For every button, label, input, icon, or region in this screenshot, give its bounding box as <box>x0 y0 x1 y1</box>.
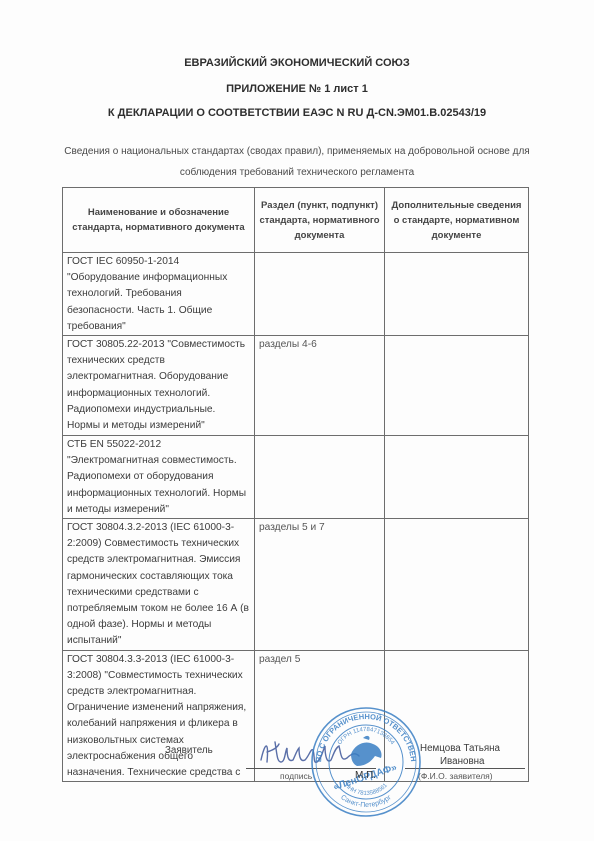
table-row: ГОСТ 30805.22-2013 "Совместимость технич… <box>63 336 529 436</box>
section-cell: разделы 4-6 <box>255 336 385 436</box>
seal-caption: М.П. <box>355 770 376 781</box>
extra-cell <box>385 436 529 519</box>
standard-cell: ГОСТ IEC 60950-1-2014 "Оборудование инфо… <box>63 253 255 336</box>
applicant-name-line1: Немцова Татьяна <box>420 743 500 754</box>
standards-table: Наименование и обозначение стандарта, но… <box>62 187 529 782</box>
standard-cell: ГОСТ 30804.3.3-2013 (IEC 61000-3-3:2008)… <box>63 650 255 782</box>
column-header-section: Раздел (пункт, подпункт) стандарта, норм… <box>255 188 385 253</box>
standard-cell: СТБ EN 55022-2012 "Электромагнитная совм… <box>63 436 255 519</box>
declaration-number: К ДЕКЛАРАЦИИ О СООТВЕТСТВИИ ЕАЭС N RU Д-… <box>0 107 594 119</box>
table-row: ГОСТ IEC 60950-1-2014 "Оборудование инфо… <box>63 253 529 336</box>
table-row: СТБ EN 55022-2012 "Электромагнитная совм… <box>63 436 529 519</box>
intro-text: Сведения о национальных стандартах (свод… <box>60 141 534 183</box>
appendix-title: ПРИЛОЖЕНИЕ № 1 лист 1 <box>0 83 594 95</box>
section-cell <box>255 436 385 519</box>
column-header-standard: Наименование и обозначение стандарта, но… <box>63 188 255 253</box>
extra-cell <box>385 519 529 651</box>
company-stamp: ОБЩЕСТВО С ОГРАНИЧЕННОЙ ОТВЕТСТВЕННОСТЬЮ… <box>307 704 425 818</box>
section-cell <box>255 253 385 336</box>
union-title: ЕВРАЗИЙСКИЙ ЭКОНОМИЧЕСКИЙ СОЮЗ <box>0 57 594 69</box>
table-header-row: Наименование и обозначение стандарта, но… <box>63 188 529 253</box>
section-cell: разделы 5 и 7 <box>255 519 385 651</box>
name-caption: (Ф.И.О. заявителя) <box>418 771 493 781</box>
applicant-name-line2: Ивановна <box>440 756 485 767</box>
column-header-extra: Дополнительные сведения о стандарте, нор… <box>385 188 529 253</box>
document-page: ЕВРАЗИЙСКИЙ ЭКОНОМИЧЕСКИЙ СОЮЗ ПРИЛОЖЕНИ… <box>0 0 594 841</box>
table-row: ГОСТ 30804.3.2-2013 (IEC 61000-3-2:2009)… <box>63 519 529 651</box>
standard-cell: ГОСТ 30804.3.2-2013 (IEC 61000-3-2:2009)… <box>63 519 255 651</box>
extra-cell <box>385 336 529 436</box>
extra-cell <box>385 253 529 336</box>
standard-cell: ГОСТ 30805.22-2013 "Совместимость технич… <box>63 336 255 436</box>
applicant-label: Заявитель <box>165 745 213 756</box>
